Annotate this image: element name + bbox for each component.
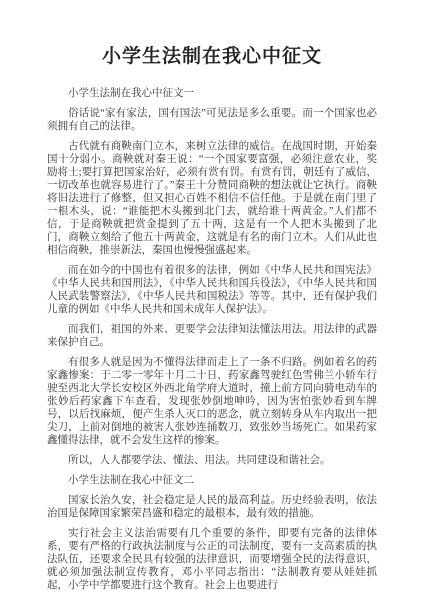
document-body: 小学生法制在我心中征文一俗话说“家有家法，国有国法”可见法是多么重要。而一个国家… — [47, 87, 377, 592]
paragraph: 所以，人人都要学法、懂法、用法。共同建设和谐社会。 — [47, 454, 377, 467]
section-heading: 小学生法制在我心中征文二 — [47, 474, 377, 487]
paragraph: 俗话说“家有家法，国有国法”可见法是多么重要。而一个国家也必须拥有自己的法律。 — [47, 107, 377, 133]
document-page: 小学生法制在我心中征文 小学生法制在我心中征文一俗话说“家有家法，国有国法”可见… — [0, 0, 424, 600]
paragraph: 古代就有商鞅南门立木，来树立法律的威信。在战国时期，开始秦国十分弱小。商鞅就对秦… — [47, 140, 377, 257]
paragraph: 实行社会主义法治需要有几个重要的条件，即要有完备的法律体系，要有严格的行政执法制… — [47, 527, 377, 592]
paragraph: 国家长治久安，社会稳定是人民的最高利益。历史经验表明，依法治国是保障国家繁荣昌盛… — [47, 494, 377, 520]
document-title: 小学生法制在我心中征文 — [47, 44, 377, 70]
paragraph: 而我们，祖国的外来、更要学会法律知法懂法用法。用法律的武器来保护自己。 — [47, 323, 377, 349]
section-heading: 小学生法制在我心中征文一 — [47, 87, 377, 100]
paragraph: 而在如今的中国也有着很多的法律，例如《中华人民共和国宪法》《中华人民共和国刑法》… — [47, 264, 377, 316]
paragraph: 有很多人就是因为不懂得法律而走上了一条不归路。例如着名的药家鑫惨案：于二零一零年… — [47, 356, 377, 447]
